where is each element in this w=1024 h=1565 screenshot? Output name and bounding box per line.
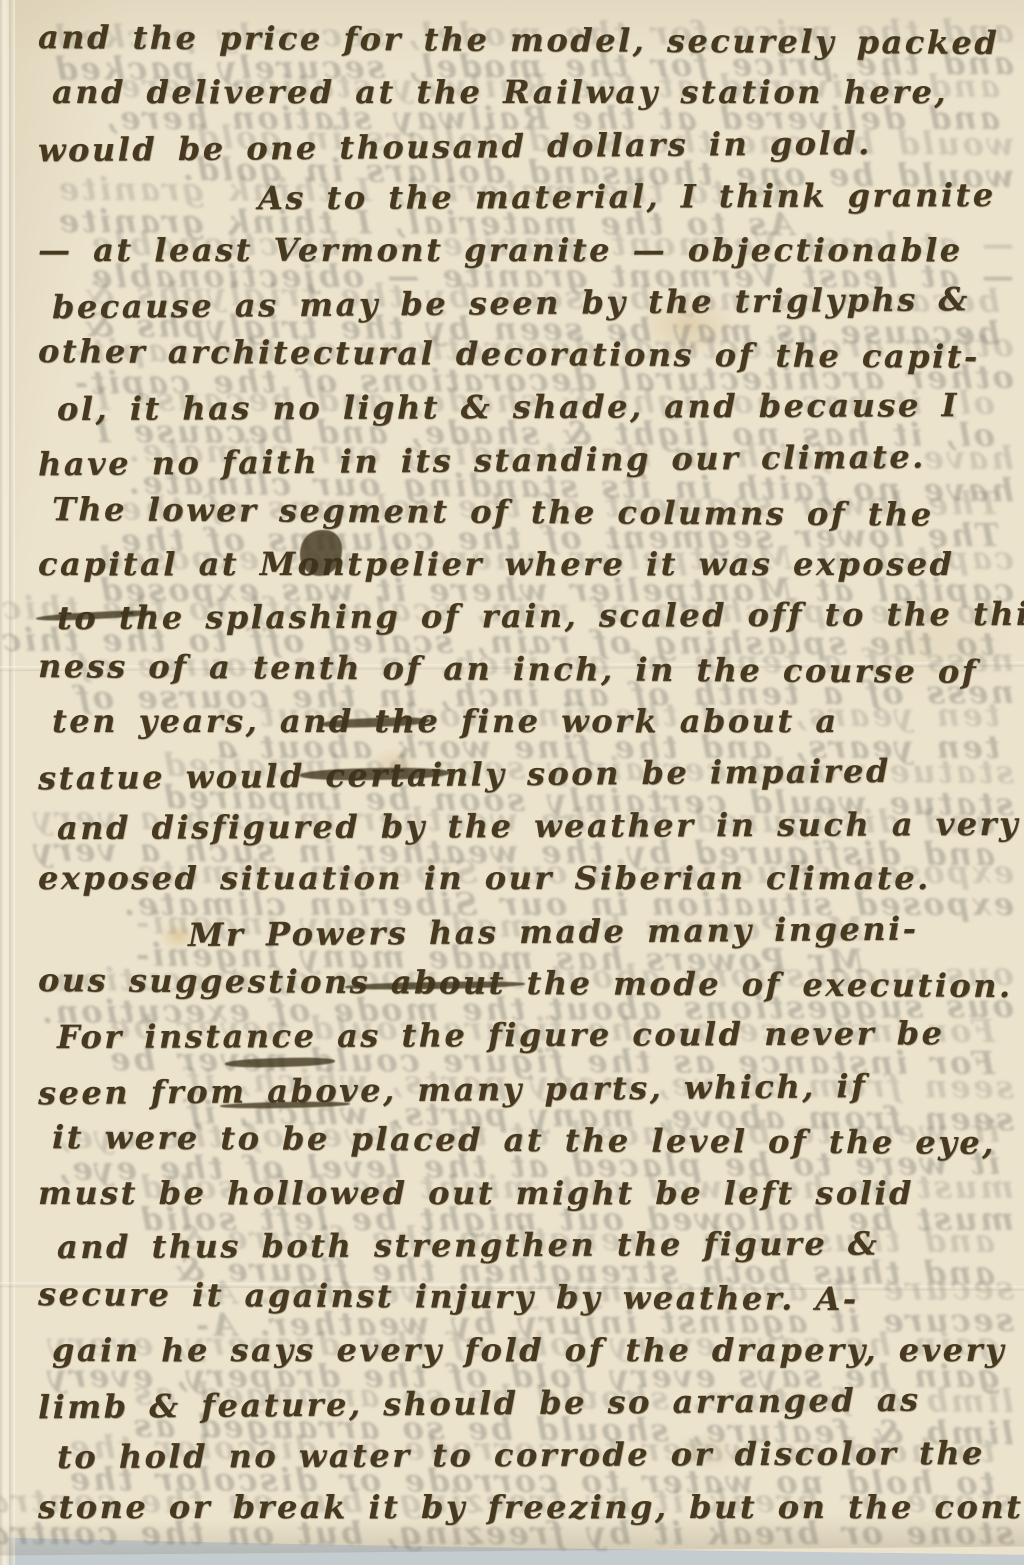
vertical-fold-crease <box>9 0 15 1565</box>
handwriting-layer: and the price for the model, securely pa… <box>38 14 1014 1565</box>
handwritten-line: would be one thousand dollars in gold. <box>38 116 1014 177</box>
handwritten-line: it were to be placed at the level of the… <box>38 1111 1014 1169</box>
handwritten-line: and delivered at the Railway station her… <box>38 66 1014 118</box>
handwritten-line: and thus both strengthen the figure & <box>43 1217 1019 1274</box>
handwritten-line: For instance as the figure could never b… <box>43 1007 1019 1064</box>
handwritten-line: because as may be seen by the triglyphs … <box>38 273 1014 334</box>
handwritten-line: capital at Montpelier where it was expos… <box>38 538 1014 590</box>
handwritten-line: and disfigured by the weather in such a … <box>43 798 1019 855</box>
handwritten-line: other architectural decorations of the c… <box>38 325 1014 383</box>
handwritten-line: statue would certainly soon be impaired <box>38 744 1014 805</box>
handwritten-line: to the splashing of rain, scaled off to … <box>43 588 1019 645</box>
handwritten-line: have no faith in its standing our climat… <box>38 430 1014 491</box>
handwritten-line: The lower segment of the columns of the <box>38 483 1014 541</box>
handwritten-line: seen from above, many parts, which, if <box>38 1059 1014 1120</box>
handwritten-line: secure it against injury by weather. A- <box>38 1268 1014 1326</box>
handwritten-line: and the price for the model, securely pa… <box>38 11 1014 69</box>
handwritten-line: gain he says every fold of the drapery, … <box>38 1324 1014 1376</box>
handwritten-line: As to the material, I think granite <box>43 169 1019 226</box>
handwritten-line: ten years, and the fine work about a <box>38 695 1014 747</box>
handwritten-line: exposed situation in our Siberian climat… <box>38 852 1014 904</box>
handwritten-line: must be hollowed out might be left solid <box>38 1167 1014 1219</box>
handwritten-line: ness of a tenth of an inch, in the cours… <box>38 640 1014 698</box>
handwritten-line: — at least Vermont granite — objectionab… <box>38 224 1014 276</box>
handwritten-line: ous suggestions about the mode of execut… <box>38 954 1014 1012</box>
handwritten-line: ol, it has no light & shade, and because… <box>43 379 1019 436</box>
letter-page: and the price for the model, securely pa… <box>0 0 1024 1565</box>
handwritten-line: to hold no water to corrode or discolor … <box>43 1426 1019 1483</box>
handwritten-line: limb & feature, should be so arranged as <box>38 1373 1014 1434</box>
handwritten-line: Mr Powers has made many ingeni- <box>38 901 1014 962</box>
